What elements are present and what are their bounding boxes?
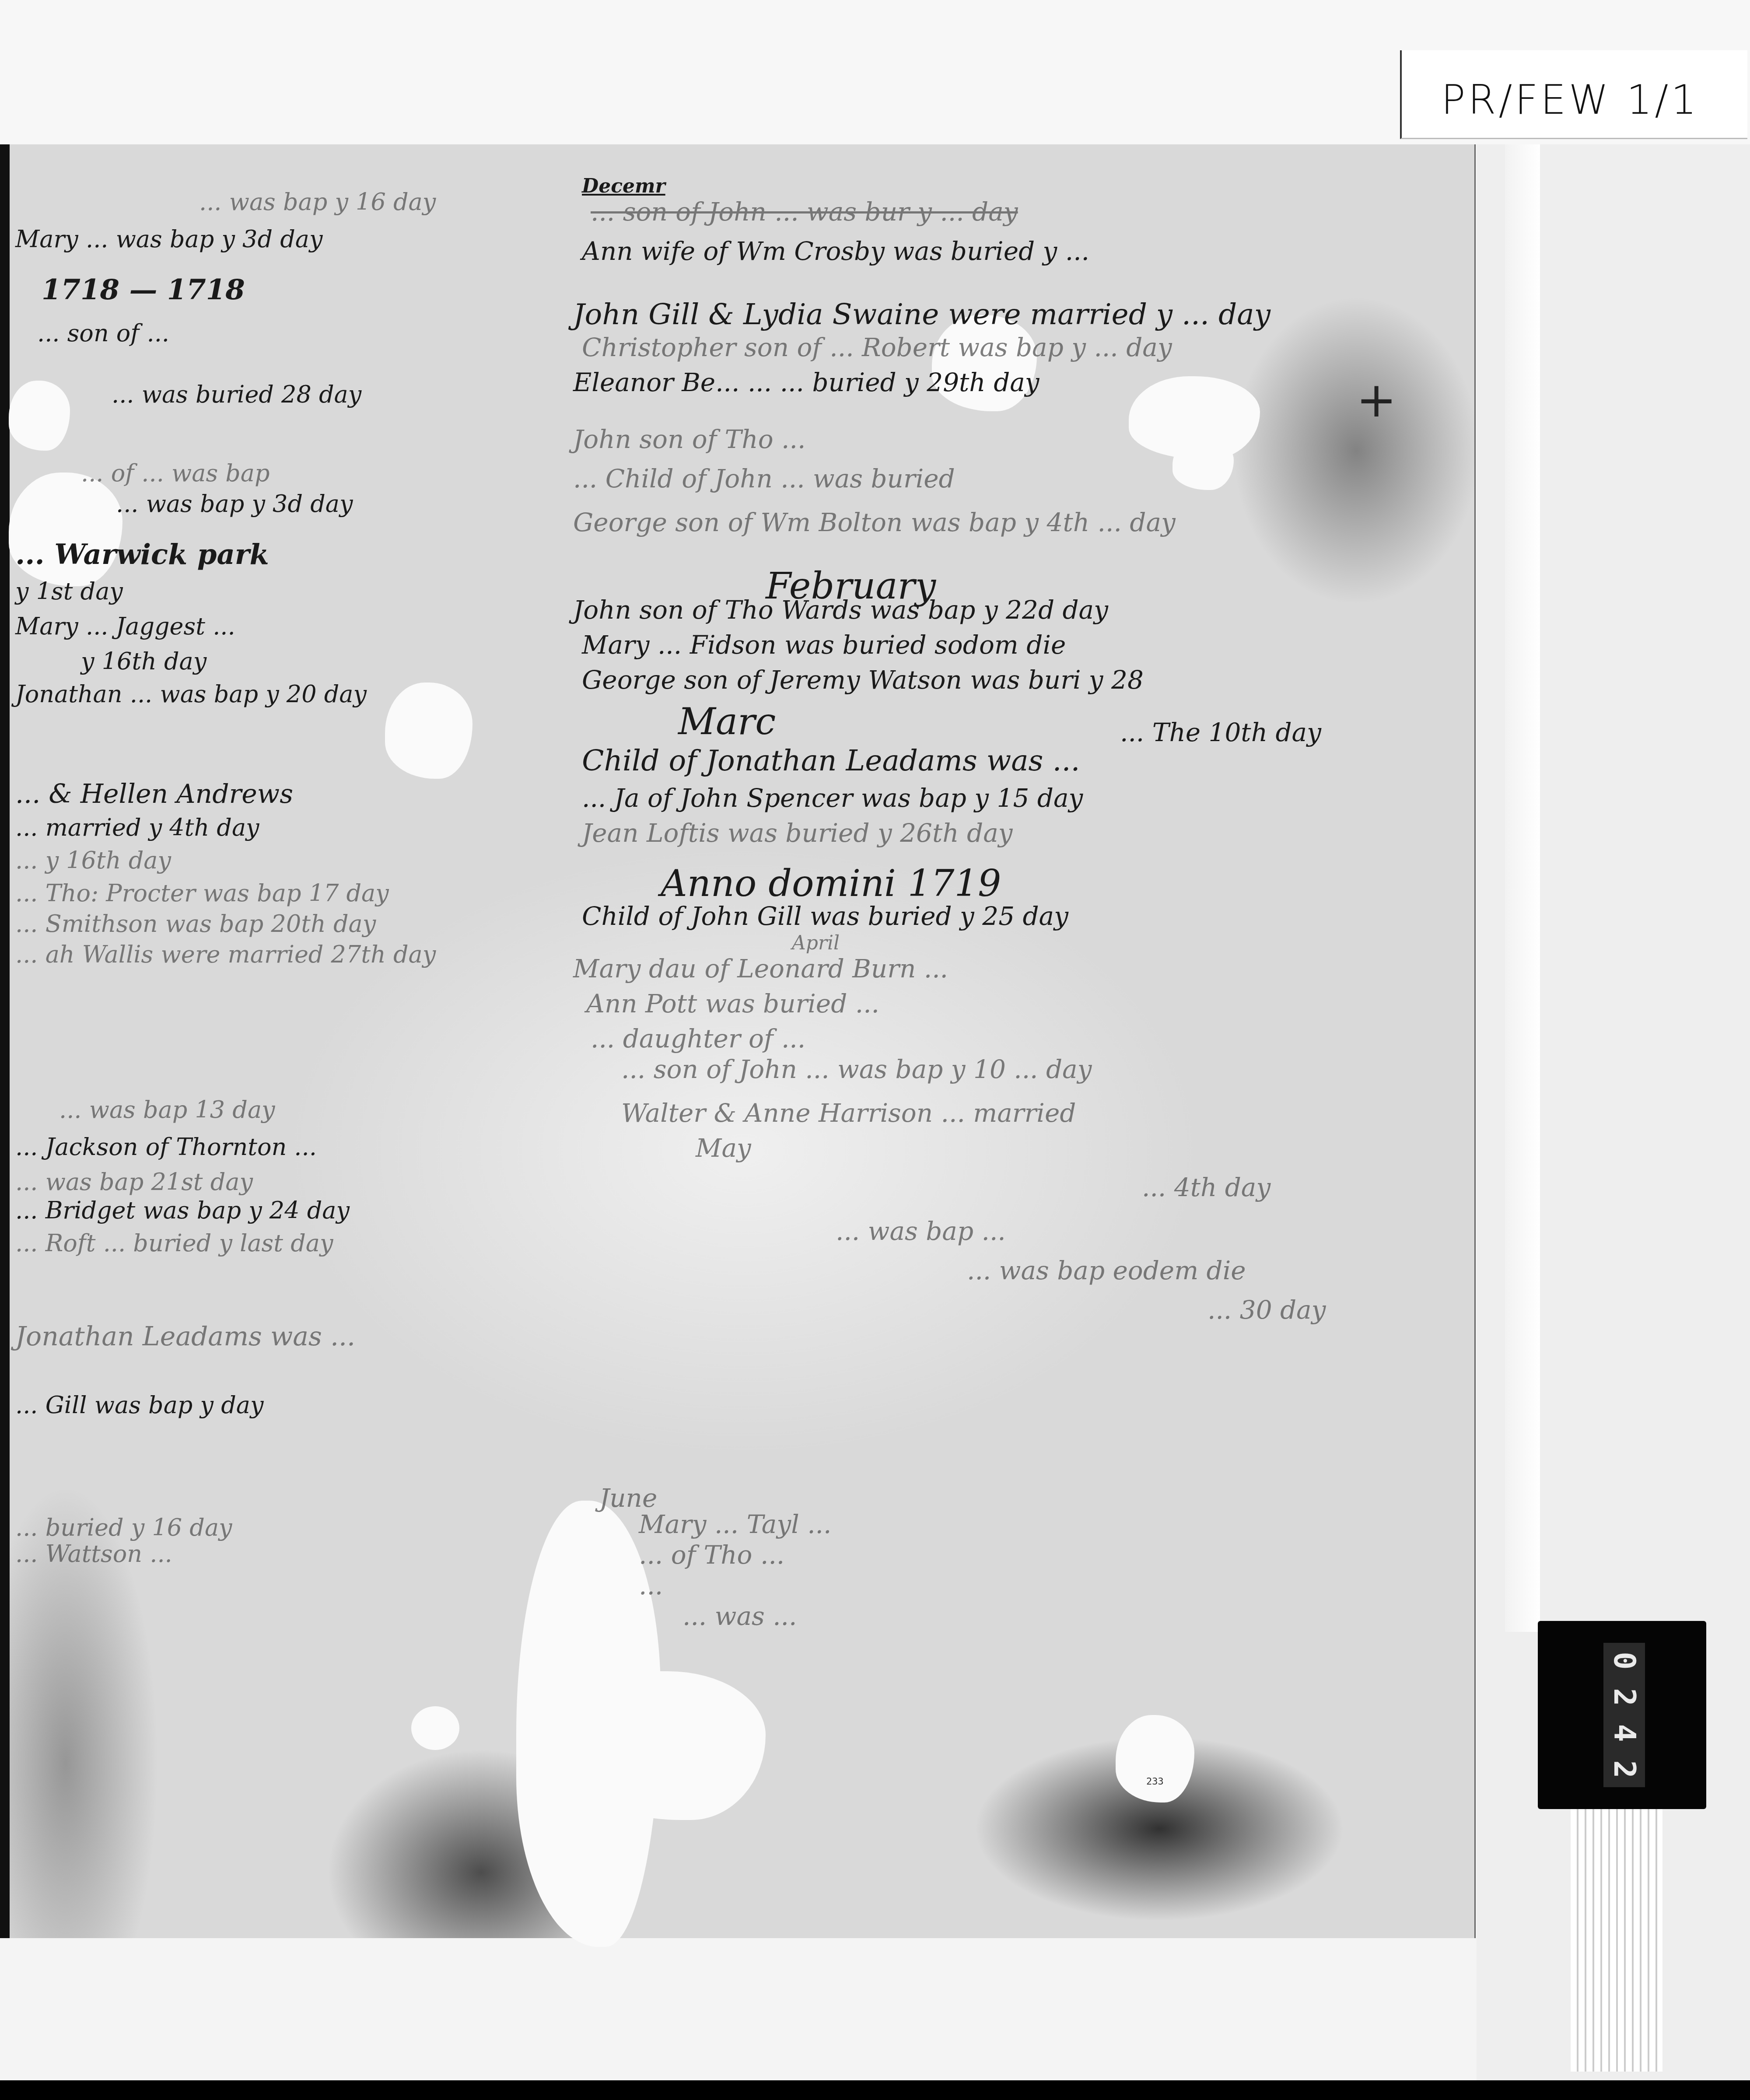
entry: ... son of John ... was bap y 10 ... day xyxy=(621,1054,1092,1084)
entry: ... daughter of ... xyxy=(591,1024,805,1053)
ribbon-cable xyxy=(1571,1809,1662,2072)
damage-hole xyxy=(9,381,70,451)
entry: Jonathan ... was bap y 20 day xyxy=(15,680,367,708)
entry: ... was buried 28 day xyxy=(112,381,361,408)
film-edge xyxy=(0,2080,1750,2100)
entry: ... xyxy=(639,1571,663,1600)
entry: ... was ... xyxy=(682,1601,797,1631)
entry: ... was bap y 16 day xyxy=(199,188,436,216)
entry: Mary ... Jaggest ... xyxy=(15,612,235,640)
entry: ... of ... was bap xyxy=(81,459,270,487)
entry: Jean Loftis was buried y 26th day xyxy=(582,818,1013,848)
entry: Child of John Gill was buried y 25 day xyxy=(582,901,1068,931)
entry: Walter & Anne Harrison ... married xyxy=(621,1098,1076,1128)
entry: Mary ... Tayl ... xyxy=(639,1509,831,1539)
entry: ... married y 4th day xyxy=(15,814,259,841)
entry: Mary dau of Leonard Burn ... xyxy=(573,954,948,983)
entry: John son of Tho Wards was bap y 22d day xyxy=(573,595,1108,625)
counter-digit: 2 xyxy=(1609,1760,1639,1778)
entry: Jonathan Leadams was ... xyxy=(15,1321,355,1352)
entry: John son of Tho ... xyxy=(573,424,805,454)
entry: Mary ... was bap y 3d day xyxy=(15,225,322,253)
entry: ... Smithson was bap 20th day xyxy=(15,910,376,938)
entry: Child of Jonathan Leadams was ... xyxy=(582,744,1080,777)
damage-hole xyxy=(411,1706,459,1750)
entry: John Gill & Lydia Swaine were married y … xyxy=(573,297,1270,331)
damage-hole xyxy=(569,1671,766,1820)
entry: ... son of ... xyxy=(37,319,169,347)
counter-digit-strip: 0 2 4 2 xyxy=(1603,1643,1645,1787)
entry: ... 4th day xyxy=(1142,1172,1270,1202)
entry: ... Wattson ... xyxy=(15,1540,172,1568)
entry: ... was bap ... xyxy=(836,1216,1006,1246)
entry: ... was bap y 3d day xyxy=(116,490,353,518)
margin-cross-mark: + xyxy=(1356,372,1396,428)
entry: Eleanor Be... ... ... buried y 29th day xyxy=(573,367,1039,397)
page-binding-edge xyxy=(0,144,10,1938)
reference-label: PR/FEW 1/1 xyxy=(1441,77,1699,123)
entry: ... Roft ... buried y last day xyxy=(15,1229,333,1257)
entry: Mary ... Fidson was buried sodom die xyxy=(582,630,1066,660)
year-heading-1719: Anno domini 1719 xyxy=(661,862,1001,905)
entry: ... was bap eodem die xyxy=(967,1256,1246,1285)
entry: ... The 10th day xyxy=(1120,717,1321,747)
entry: ... son of John ... was bur y ... day xyxy=(591,197,1018,227)
entry: ... was bap 13 day xyxy=(59,1096,275,1123)
entry: ... buried y 16 day xyxy=(15,1514,232,1541)
entry: y 1st day xyxy=(15,577,123,605)
entry: ... & Hellen Andrews xyxy=(15,779,293,809)
entry: ... Tho: Procter was bap 17 day xyxy=(15,879,389,907)
year-marker: 1718 — 1718 xyxy=(42,273,245,306)
entry: ... Bridget was bap y 24 day xyxy=(15,1197,350,1224)
damage-hole xyxy=(1116,1715,1194,1802)
month-heading-may: May xyxy=(696,1133,751,1163)
entry: y 16th day xyxy=(81,647,206,675)
entry: George son of Jeremy Watson was buri y 2… xyxy=(582,665,1144,695)
entry: ... of Tho ... xyxy=(639,1540,784,1570)
month-heading-december: Decemr xyxy=(582,175,665,197)
damage-hole xyxy=(1172,437,1234,490)
counter-digit: 0 xyxy=(1609,1652,1639,1670)
reference-card: PR/FEW 1/1 xyxy=(1400,50,1747,139)
scanner-edge xyxy=(1505,144,1540,1632)
entry: Ann wife of Wm Crosby was buried y ... xyxy=(582,236,1089,266)
frame-counter-display: 0 2 4 2 xyxy=(1538,1621,1706,1809)
month-heading-march: Marc xyxy=(678,700,776,743)
damage-hole xyxy=(385,682,472,779)
entry: ... ah Wallis were married 27th day xyxy=(15,941,436,968)
entry: Christopher son of ... Robert was bap y … xyxy=(582,332,1172,362)
month-heading-april: April xyxy=(792,932,840,954)
entry: ... Child of John ... was buried xyxy=(573,464,955,493)
month-heading-june: June xyxy=(599,1483,657,1513)
entry: ... was bap 21st day xyxy=(15,1168,253,1196)
entry: George son of Wm Bolton was bap y 4th ..… xyxy=(573,507,1176,537)
entry: Ann Pott was buried ... xyxy=(586,989,879,1018)
entry: ... Warwick park xyxy=(15,538,269,571)
entry: ... 30 day xyxy=(1207,1295,1326,1325)
page-number-stamp: 233 xyxy=(1146,1776,1164,1787)
entry: ... Gill was bap y day xyxy=(15,1391,264,1419)
entry: ... y 16th day xyxy=(15,847,171,874)
counter-digit: 2 xyxy=(1609,1688,1639,1706)
counter-digit: 4 xyxy=(1609,1724,1639,1742)
entry: ... Ja of John Spencer was bap y 15 day xyxy=(582,783,1083,813)
entry: ... Jackson of Thornton ... xyxy=(15,1133,317,1161)
